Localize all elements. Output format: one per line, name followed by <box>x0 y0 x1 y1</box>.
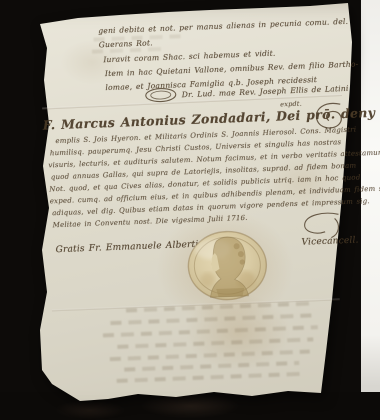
manuscript-line: geni debita et not. per manus alienas in… <box>98 17 348 36</box>
bleed-through-line <box>103 325 318 337</box>
signature-right: Vicecancell. <box>301 236 359 248</box>
bleed-through-line <box>110 313 315 325</box>
oval-flourish-icon <box>143 86 178 103</box>
photo-of-manuscript: geni debita et not. per manus alienas in… <box>0 0 380 420</box>
bleed-through-line <box>117 337 313 349</box>
bleed-through-line <box>117 372 302 383</box>
bleed-through-line <box>124 361 299 372</box>
signature-left: Gratis Fr. Emmanuele Alberti <box>55 240 198 255</box>
embossed-portrait-bust-seal-icon <box>184 227 271 306</box>
ink-layer: geni debita et not. per manus alienas in… <box>0 0 380 420</box>
bleed-through-line <box>110 350 310 362</box>
